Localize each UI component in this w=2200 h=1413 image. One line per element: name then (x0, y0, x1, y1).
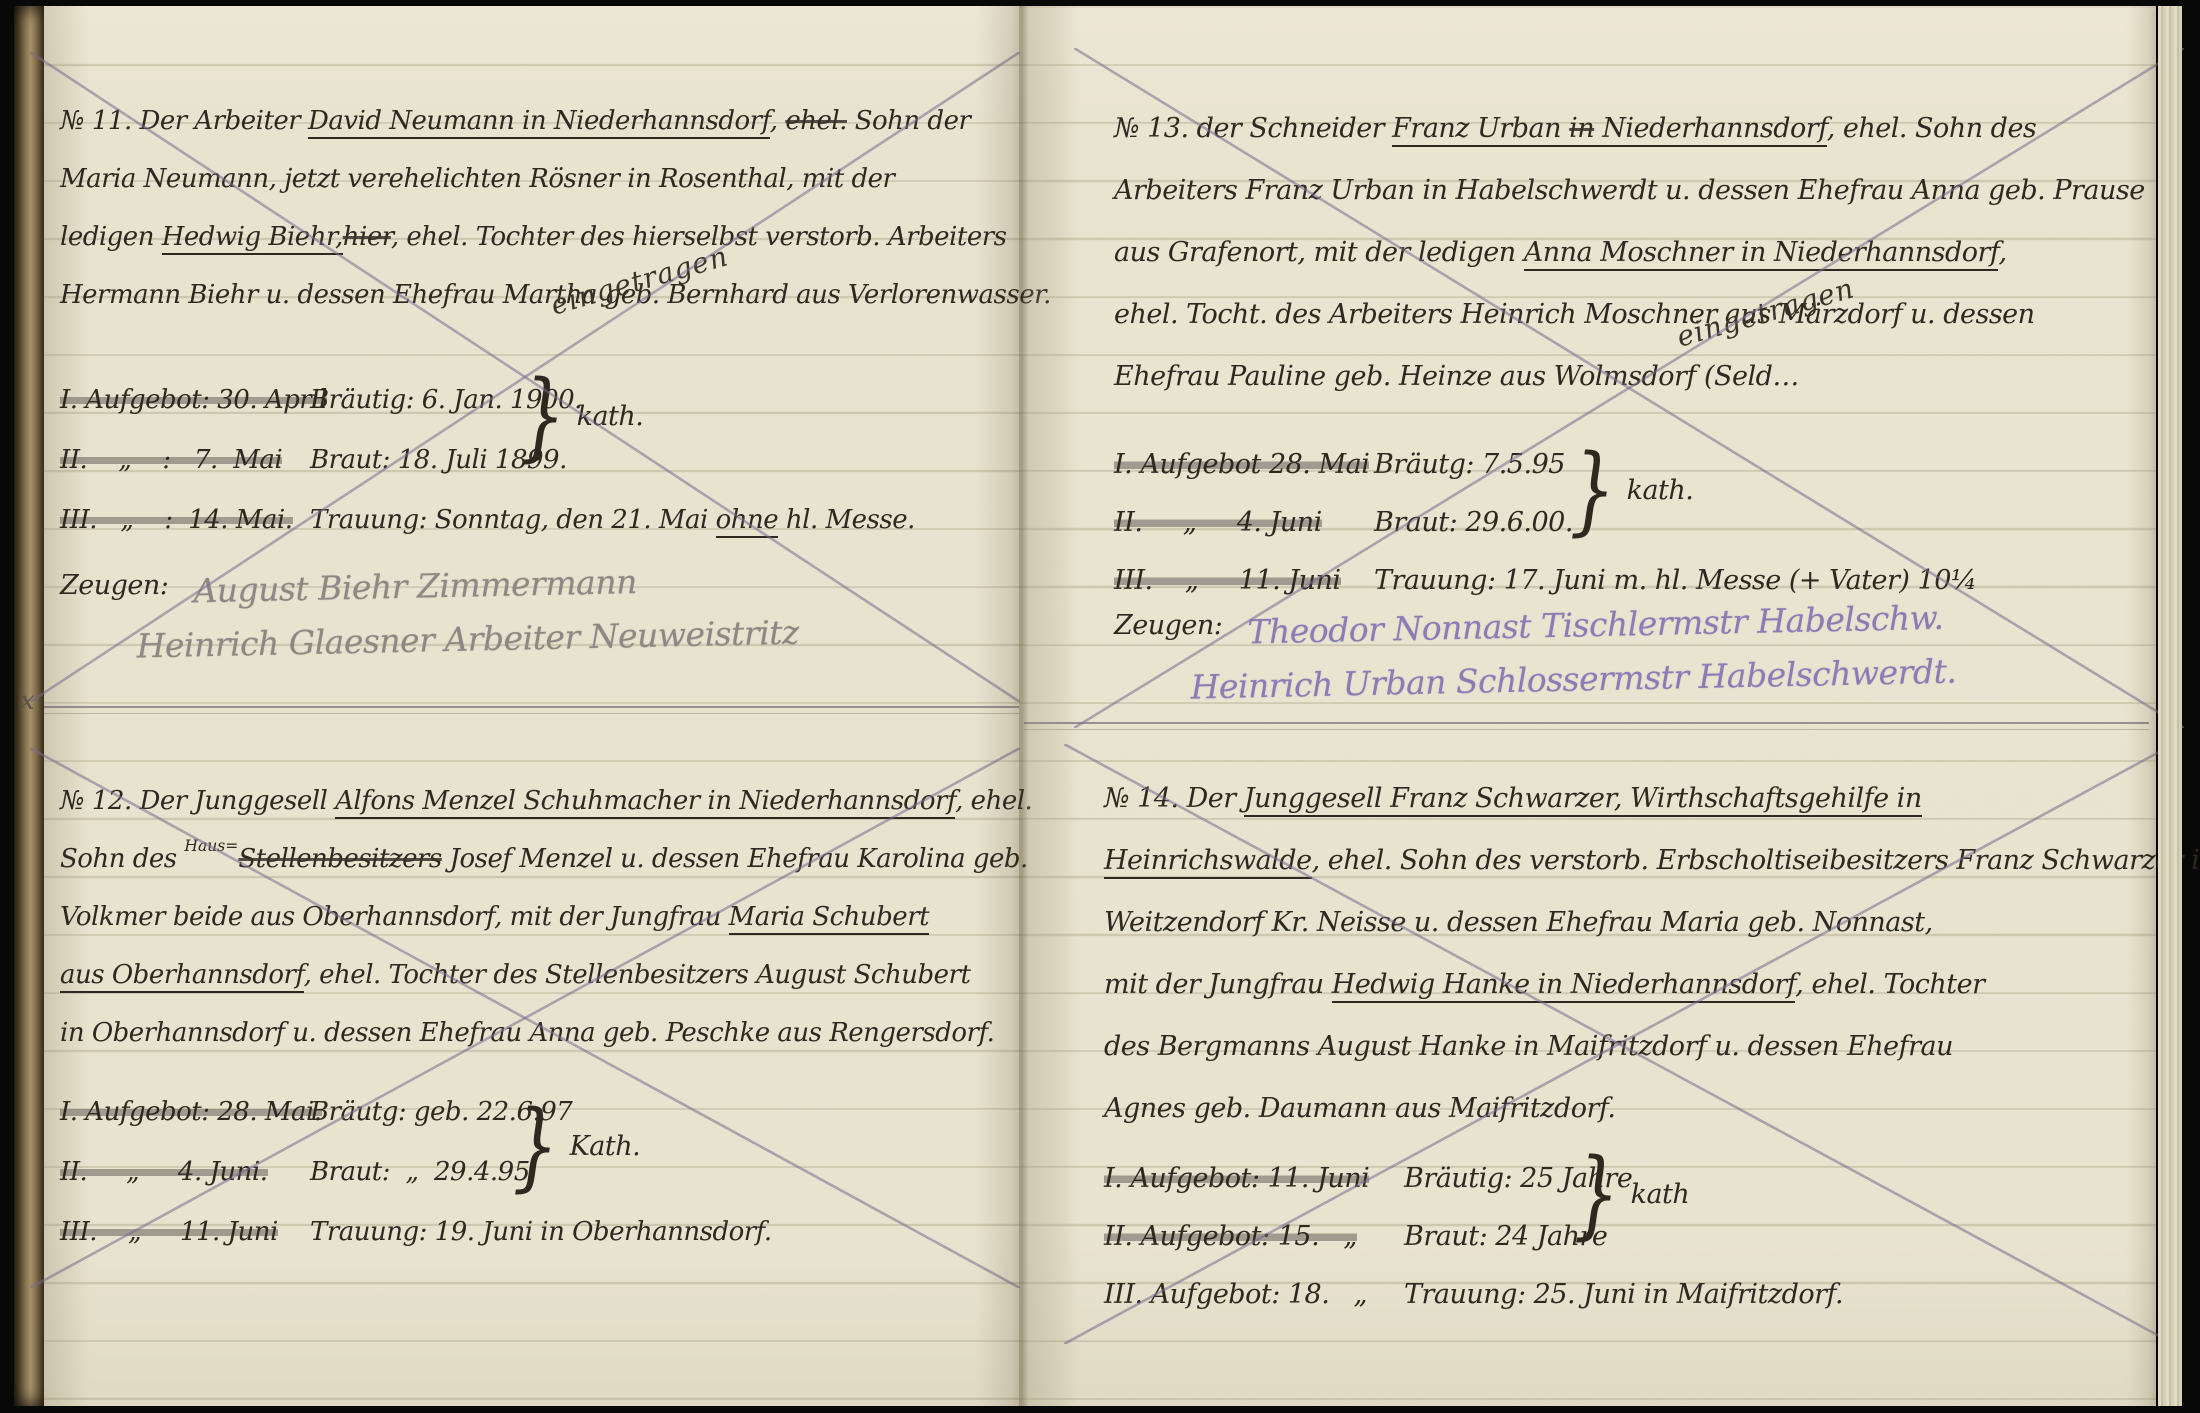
aufgebot-label-cell: III. Aufgebot: 18. „ (1104, 1266, 1404, 1324)
confession-brace: }kath. (512, 368, 643, 464)
handwritten-text: Arbeiters Franz Urban in Habelschwerdt u… (1114, 175, 2145, 206)
entry-body: № 14. Der Junggesell Franz Schwarzer, Wi… (1104, 768, 2164, 1140)
aufgebot-label-cell: II. „ : 7. Mai (60, 430, 310, 490)
entry-line: aus Grafenort, mit der ledigen Anna Mosc… (1114, 222, 2174, 284)
aufgebot-detail-cell: Braut: „ 29.4.95 (310, 1157, 530, 1187)
handwritten-text: № 11. Der Arbeiter (60, 106, 308, 136)
handwritten-text: Anna Moschner in Niederhannsdorf (1524, 237, 1999, 271)
entry-divider (1024, 722, 2149, 724)
handwritten-text: III. Aufgebot: 18. „ (1104, 1279, 1367, 1310)
entry-line: ehel. Tocht. des Arbeiters Heinrich Mosc… (1114, 284, 2174, 346)
handwritten-text: Josef Menzel u. dessen Ehefrau Karolina … (442, 844, 1028, 874)
handwritten-text: Trauung: 19. Juni in Oberhannsdorf. (310, 1217, 772, 1247)
aufgebot-label-cell: II. „ 4. Juni (1114, 494, 1374, 552)
confession-label: kath (1631, 1179, 1690, 1210)
entry-line: Sohn des Haus=Stellenbesitzers Josef Men… (60, 830, 995, 888)
struck-text: II. Aufgebot: 15. „ (1104, 1221, 1357, 1252)
register-entry-13: № 13. der Schneider Franz Urban in Niede… (1114, 98, 2174, 706)
aufgebot-row: III. „ 11. JuniTrauung: 19. Juni in Ober… (60, 1202, 995, 1262)
handwritten-text: aus Grafenort, mit der ledigen (1114, 237, 1524, 268)
brace-glyph: } (1574, 1146, 1619, 1242)
entry-line: № 14. Der Junggesell Franz Schwarzer, Wi… (1104, 768, 2164, 830)
handwritten-text: Niederhannsdorf (1594, 113, 1827, 147)
entry-line: aus Oberhannsdorf, ehel. Tochter des Ste… (60, 946, 995, 1004)
register-entry-11: № 11. Der Arbeiter David Neumann in Nied… (60, 92, 995, 666)
handwritten-text: Hedwig Hanke in Niederhannsdorf (1332, 969, 1796, 1003)
confession-label: Kath. (570, 1131, 641, 1162)
handwritten-text: Junggesell Franz Schwarzer, Wirthschafts… (1244, 783, 1922, 817)
struck-text: ehel. (785, 106, 847, 136)
handwritten-text: mit der Jungfrau (1104, 969, 1332, 1000)
handwritten-text: , (770, 106, 786, 136)
aufgebot-label-cell: II. Aufgebot: 15. „ (1104, 1208, 1404, 1266)
aufgebot-detail-cell: Trauung: 25. Juni in Maifritzdorf. (1404, 1279, 1843, 1310)
handwritten-text: David Neumann in Niederhannsdorf (308, 106, 770, 139)
handwritten-text: des Bergmanns August Hanke in Maifritzdo… (1104, 1031, 1953, 1062)
handwritten-text: hl. Messe. (778, 505, 915, 535)
struck-text: in (1569, 113, 1594, 147)
handwritten-text: in Oberhannsdorf u. dessen Ehefrau Anna … (60, 1018, 994, 1048)
brace-glyph: } (513, 1098, 558, 1194)
struck-text: hier (343, 222, 391, 252)
entry-line: Ehefrau Pauline geb. Heinze aus Wolmsdor… (1114, 346, 2174, 408)
aufgebot-label-cell: III. „ 11. Juni (60, 1202, 310, 1262)
entry-line: des Bergmanns August Hanke in Maifritzdo… (1104, 1016, 2164, 1078)
aufgebot-label-cell: I. Aufgebot: 28. Mai. (60, 1082, 310, 1142)
entry-line: ledigen Hedwig Biehr,hier, ehel. Tochter… (60, 208, 995, 266)
struck-text: II. „ 4. Juni. (60, 1157, 268, 1187)
handwritten-text: Trauung: Sonntag, den 21. Mai (310, 505, 716, 535)
entry-line: Weitzendorf Kr. Neisse u. dessen Ehefrau… (1104, 892, 2164, 954)
handwritten-text: Braut: 29.6.00. (1374, 507, 1573, 538)
page-edge-stack (2158, 6, 2182, 1406)
struck-text: II. „ 4. Juni (1114, 507, 1322, 538)
aufgebot-label-cell: I. Aufgebot: 30. April (60, 370, 310, 430)
handwritten-text: , ehel. Tochter des Stellenbesitzers Aug… (304, 960, 971, 990)
handwritten-text: Weitzendorf Kr. Neisse u. dessen Ehefrau… (1104, 907, 1933, 938)
handwritten-text: ehel. Tocht. des Arbeiters Heinrich Mosc… (1114, 299, 2035, 330)
handwritten-text: aus Oberhannsdorf (60, 960, 304, 993)
aufgebot-label-cell: I. Aufgebot: 11. Juni (1104, 1150, 1404, 1208)
struck-text: I. Aufgebot: 28. Mai. (60, 1097, 322, 1127)
handwritten-text: Bräutg: 7.5.95 (1374, 449, 1565, 480)
witnesses-label: Zeugen: (60, 558, 168, 614)
aufgebot-detail-cell: Braut: 29.6.00. (1374, 507, 1573, 538)
handwritten-text: № 13. der Schneider (1114, 113, 1392, 144)
witness-list: Theodor Nonnast Tischlermstr Habelschw.H… (1247, 591, 1957, 714)
confession-brace: }kath. (1562, 442, 1693, 538)
struck-text: Stellenbesitzers (238, 844, 441, 874)
aufgebot-label-cell: II. „ 4. Juni. (60, 1142, 310, 1202)
brace-glyph: } (1570, 442, 1615, 538)
handwritten-text: ledigen (60, 222, 162, 252)
aufgebot-block: I. Aufgebot 28. MaiBräutg: 7.5.95II. „ 4… (1114, 436, 2174, 610)
handwritten-text: , (1998, 237, 2006, 268)
struck-text: I. Aufgebot 28. Mai (1114, 449, 1369, 480)
register-scan: x № 11. Der Arbeiter David Neumann in Ni… (0, 0, 2200, 1413)
entry-body: № 12. Der Junggesell Alfons Menzel Schuh… (60, 772, 995, 1062)
register-book: x № 11. Der Arbeiter David Neumann in Ni… (14, 6, 2182, 1406)
entry-line: mit der Jungfrau Hedwig Hanke in Niederh… (1104, 954, 2164, 1016)
witnesses-block: Zeugen:Theodor Nonnast Tischlermstr Habe… (1114, 598, 2174, 706)
handwritten-text: Volkmer beide aus Oberhannsdorf, mit der… (60, 902, 729, 932)
handwritten-text: Ehefrau Pauline geb. Heinze aus Wolmsdor… (1114, 361, 1799, 392)
confession-brace: }kath (1566, 1146, 1689, 1242)
struck-text: I. Aufgebot: 11. Juni (1104, 1163, 1369, 1194)
handwritten-text: Franz Urban (1392, 113, 1569, 147)
handwritten-text: Alfons Menzel Schuhmacher in Niederhanns… (335, 786, 955, 819)
aufgebot-detail-cell: Trauung: 19. Juni in Oberhannsdorf. (310, 1217, 772, 1247)
struck-text: I. Aufgebot: 30. April (60, 385, 327, 415)
entry-line: Volkmer beide aus Oberhannsdorf, mit der… (60, 888, 995, 946)
aufgebot-block: I. Aufgebot: 30. AprilBräutig: 6. Jan. 1… (60, 370, 995, 550)
handwritten-text: Braut: „ 29.4.95 (310, 1157, 530, 1187)
entry-line: Hermann Biehr u. dessen Ehefrau Martha g… (60, 266, 995, 324)
handwritten-text: , ehel. Tochter (1795, 969, 1984, 1000)
struck-text: II. „ : 7. Mai (60, 445, 282, 475)
handwritten-text: ohne (716, 505, 779, 538)
inserted-word: Haus= (184, 817, 238, 875)
confession-label: kath. (1627, 475, 1694, 506)
handwritten-text: , ehel. Sohn des verstorb. Erbscholtisei… (1312, 845, 2200, 876)
handwritten-text: № 14. Der (1104, 783, 1244, 814)
handwritten-text: Sohn des (60, 844, 184, 874)
entry-body: № 13. der Schneider Franz Urban in Niede… (1114, 98, 2174, 408)
entry-body: № 11. Der Arbeiter David Neumann in Nied… (60, 92, 995, 324)
register-entry-14: № 14. Der Junggesell Franz Schwarzer, Wi… (1104, 768, 2164, 1324)
entry-divider (44, 706, 1019, 708)
witnesses-block: Zeugen:August Biehr ZimmermannHeinrich G… (60, 558, 995, 666)
aufgebot-block: I. Aufgebot: 28. Mai.Bräutg: geb. 22.6.9… (60, 1082, 995, 1262)
struck-text: III. „ : 14. Mai. (60, 505, 293, 535)
handwritten-text: Sohn der (847, 106, 970, 136)
entry-line: № 11. Der Arbeiter David Neumann in Nied… (60, 92, 995, 150)
aufgebot-detail-cell: Bräutg: 7.5.95 (1374, 449, 1565, 480)
handwritten-text: Hedwig Biehr, (162, 222, 343, 255)
entry-line: Arbeiters Franz Urban in Habelschwerdt u… (1114, 160, 2174, 222)
register-entry-12: № 12. Der Junggesell Alfons Menzel Schuh… (60, 772, 995, 1262)
brace-glyph: } (520, 368, 565, 464)
entry-line: Agnes geb. Daumann aus Maifritzdorf. (1104, 1078, 2164, 1140)
aufgebot-label-cell: III. „ 11. Juni (1114, 552, 1374, 610)
struck-text: III. „ 11. Juni (1114, 565, 1341, 596)
handwritten-text: , ehel. (955, 786, 1032, 816)
handwritten-text: Trauung: 25. Juni in Maifritzdorf. (1404, 1279, 1843, 1310)
entry-line: № 13. der Schneider Franz Urban in Niede… (1114, 98, 2174, 160)
aufgebot-label-cell: III. „ : 14. Mai. (60, 490, 310, 550)
handwritten-text: № 12. Der Junggesell (60, 786, 335, 816)
entry-line: Heinrichswalde, ehel. Sohn des verstorb.… (1104, 830, 2164, 892)
aufgebot-row: III. Aufgebot: 18. „Trauung: 25. Juni in… (1104, 1266, 2164, 1324)
handwritten-text: Maria Neumann, jetzt verehelichten Rösne… (60, 164, 894, 194)
margin-mark: x (20, 686, 35, 716)
entry-line: in Oberhannsdorf u. dessen Ehefrau Anna … (60, 1004, 995, 1062)
struck-text: III. „ 11. Juni (60, 1217, 278, 1247)
entry-line: Maria Neumann, jetzt verehelichten Rösne… (60, 150, 995, 208)
aufgebot-detail-cell: Trauung: Sonntag, den 21. Mai ohne hl. M… (310, 505, 915, 538)
aufgebot-block: I. Aufgebot: 11. JuniBräutig: 25 JahreII… (1104, 1150, 2164, 1324)
aufgebot-row: III. „ : 14. Mai.Trauung: Sonntag, den 2… (60, 490, 995, 550)
handwritten-text: Heinrichswalde (1104, 845, 1312, 879)
aufgebot-label-cell: I. Aufgebot 28. Mai (1114, 436, 1374, 494)
handwritten-text: , ehel. Sohn des (1827, 113, 2037, 144)
witness-list: August Biehr ZimmermannHeinrich Glaesner… (193, 552, 799, 673)
handwritten-text: Maria Schubert (729, 902, 929, 935)
handwritten-text: Agnes geb. Daumann aus Maifritzdorf. (1104, 1093, 1615, 1124)
confession-brace: }Kath. (505, 1098, 640, 1194)
confession-label: kath. (577, 401, 644, 432)
